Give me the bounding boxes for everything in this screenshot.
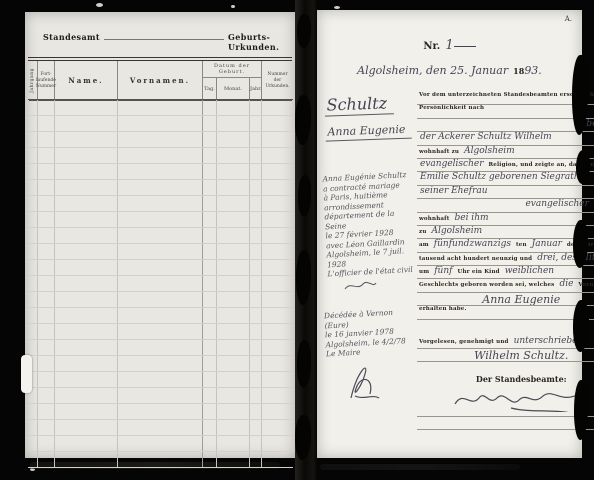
table-cell: [38, 260, 55, 275]
column-header-first-names: Vornamen.: [118, 61, 203, 99]
form-line: amfünfundzwanzigstenJanuardes Jahres: [417, 239, 594, 252]
table-cell: [262, 356, 293, 371]
table-cell: [55, 244, 118, 259]
form-printed-text: Vorgelesen, genehmigt und: [417, 339, 511, 345]
binding-shadow: [295, 415, 311, 460]
form-printed-text: am: [417, 242, 431, 248]
table-cell: [118, 340, 203, 355]
table-cell: [262, 388, 293, 403]
form-lines: Vor dem unterzeichneten Standesbeamten e…: [417, 92, 594, 320]
table-cell: [118, 324, 203, 339]
table-cell: [217, 100, 250, 115]
table-cell: [217, 356, 250, 371]
table-cell: [28, 324, 38, 339]
table-row: [28, 116, 293, 132]
form-handwritten-text: die: [556, 279, 576, 289]
table-cell: [217, 196, 250, 211]
form-handwritten-text: Anna Eugenie: [479, 293, 563, 306]
table-cell: [28, 404, 38, 419]
table-cell: [38, 196, 55, 211]
scan-artifact: [334, 6, 340, 9]
table-cell: [250, 164, 262, 179]
table-cell: [55, 436, 118, 451]
register-type-label: Geburts-Urkunden.: [228, 32, 287, 52]
table-row: [28, 324, 293, 340]
number-dash: [454, 46, 476, 47]
table-cell: [118, 276, 203, 291]
register-table-body: [28, 100, 293, 468]
table-cell: [217, 276, 250, 291]
table-cell: [28, 452, 38, 467]
table-cell: [262, 228, 293, 243]
form-handwritten-text: Algolsheim: [461, 146, 518, 156]
table-cell: [55, 324, 118, 339]
table-cell: [250, 196, 262, 211]
table-cell: [217, 324, 250, 339]
table-row: [28, 452, 293, 468]
table-cell: [250, 292, 262, 307]
form-printed-text: zu: [417, 229, 429, 235]
table-cell: [28, 164, 38, 179]
table-cell: [217, 116, 250, 131]
table-cell: [217, 436, 250, 451]
table-cell: [55, 180, 118, 195]
table-cell: [118, 244, 203, 259]
standesamt-label: Standesamt: [43, 32, 100, 42]
table-cell: [118, 436, 203, 451]
table-cell: [28, 228, 38, 243]
table-row: [28, 340, 293, 356]
binding-shadow: [297, 340, 311, 388]
table-cell: [217, 148, 250, 163]
registrar-label: Der Standesbeamte:: [417, 374, 594, 384]
table-cell: [118, 452, 203, 467]
table-cell: [38, 388, 55, 403]
table-cell: [262, 148, 293, 163]
form-handwritten-text: bei ihm: [451, 213, 491, 223]
table-cell: [250, 132, 262, 147]
table-cell: [250, 308, 262, 323]
table-cell: [55, 116, 118, 131]
table-cell: [203, 340, 217, 355]
form-handwritten-text: Wilhelm Schultz.: [471, 349, 571, 362]
form-printed-text: ten: [514, 242, 529, 248]
table-cell: [38, 356, 55, 371]
table-cell: [55, 100, 118, 115]
table-cell: [38, 308, 55, 323]
table-cell: [262, 404, 293, 419]
column-header-month: Monat.: [217, 78, 250, 99]
torn-edge: [574, 380, 588, 440]
table-row: [28, 388, 293, 404]
table-cell: [203, 116, 217, 131]
table-cell: [262, 100, 293, 115]
form-printed-text: Vornamen: [576, 282, 594, 288]
table-cell: [217, 340, 250, 355]
binding-shadow: [296, 250, 311, 305]
table-cell: [55, 228, 118, 243]
column-header-name: Name.: [55, 61, 118, 99]
table-cell: [250, 356, 262, 371]
table-cell: [55, 308, 118, 323]
table-cell: [55, 260, 118, 275]
form-line: evangelischerReligion,: [417, 199, 594, 212]
table-cell: [262, 308, 293, 323]
binding-shadow: [297, 14, 311, 48]
table-cell: [118, 180, 203, 195]
table-cell: [203, 452, 217, 467]
table-cell: [28, 100, 38, 115]
form-printed-text: Uhr ein Kind: [455, 269, 501, 275]
page-corner-mark: A.: [565, 15, 572, 23]
table-cell: [203, 436, 217, 451]
table-cell: [38, 244, 55, 259]
blank-fill-line: [104, 32, 224, 40]
table-cell: [250, 148, 262, 163]
table-cell: [118, 404, 203, 419]
form-handwritten-text: fünfundzwanzigs: [431, 239, 514, 249]
table-cell: [38, 292, 55, 307]
form-printed-text: Vor dem unterzeichneten Standesbeamten e…: [417, 92, 594, 98]
table-cell: [203, 164, 217, 179]
table-row: [28, 260, 293, 276]
table-cell: [203, 356, 217, 371]
table-cell: [262, 292, 293, 307]
table-cell: [250, 372, 262, 387]
form-line: bekannt,: [417, 119, 594, 132]
table-cell: [118, 260, 203, 275]
record-number-line: Nr. 1: [317, 34, 582, 53]
table-cell: [203, 388, 217, 403]
left-page: Standesamt Geburts-Urkunden. Jahrgang Fo…: [25, 12, 297, 458]
table-cell: [203, 148, 217, 163]
table-cell: [38, 228, 55, 243]
form-line: Geschlechts geboren worden sei, welchesd…: [417, 279, 594, 292]
table-cell: [203, 276, 217, 291]
dateline-handwritten-year: 93.: [524, 64, 542, 77]
table-cell: [250, 452, 262, 467]
table-cell: [38, 340, 55, 355]
table-cell: [28, 196, 38, 211]
form-printed-text: erhalten habe.: [417, 306, 469, 312]
table-cell: [55, 196, 118, 211]
table-cell: [28, 308, 38, 323]
form-handwritten-text: evangelischer: [522, 199, 592, 209]
table-cell: [203, 260, 217, 275]
form-line: Vor dem unterzeichneten Standesbeamten e…: [417, 92, 594, 105]
nr-label: Nr.: [423, 41, 440, 52]
book-spine-gutter: [295, 0, 317, 480]
form-line: Vorgelesen, genehmigt undunterschrieben: [417, 336, 594, 349]
table-cell: [217, 132, 250, 147]
table-cell: [28, 340, 38, 355]
table-cell: [118, 420, 203, 435]
binding-shadow: [295, 95, 311, 145]
table-cell: [28, 420, 38, 435]
table-cell: [203, 244, 217, 259]
table-cell: [28, 260, 38, 275]
table-cell: [250, 340, 262, 355]
table-cell: [118, 212, 203, 227]
table-row: [28, 276, 293, 292]
form-line: wohnhaftbei ihm: [417, 213, 594, 226]
table-row: [28, 308, 293, 324]
table-cell: [203, 308, 217, 323]
table-cell: [38, 420, 55, 435]
registrar-signature: [417, 386, 594, 417]
table-cell: [55, 132, 118, 147]
form-handwritten-text: Januar: [529, 239, 565, 249]
officer-signature-flourish: [343, 279, 377, 293]
scan-artifact: [320, 464, 520, 470]
table-cell: [262, 212, 293, 227]
form-handwritten-text: weiblichen: [502, 266, 557, 276]
table-cell: [38, 372, 55, 387]
table-cell: [217, 452, 250, 467]
form-line: Persönlichkeit nach: [417, 105, 594, 118]
table-cell: [217, 404, 250, 419]
table-cell: [262, 452, 293, 467]
table-cell: [55, 388, 118, 403]
binding-shadow: [298, 175, 311, 217]
form-handwritten-text: Algolsheim: [429, 226, 486, 236]
table-cell: [250, 116, 262, 131]
table-cell: [262, 180, 293, 195]
table-cell: [250, 180, 262, 195]
form-handwritten-text: der Ackerer Schultz Wilhelm: [417, 132, 555, 142]
table-cell: [55, 372, 118, 387]
table-cell: [250, 324, 262, 339]
table-cell: [28, 180, 38, 195]
table-cell: [262, 324, 293, 339]
table-cell: [250, 276, 262, 291]
table-cell: [55, 212, 118, 227]
table-cell: [28, 276, 38, 291]
record-number-value: 1: [445, 38, 453, 53]
form-handwritten-text: evangelischer: [417, 159, 487, 169]
form-handwritten-text: seiner Ehefrau: [417, 186, 491, 196]
table-cell: [217, 420, 250, 435]
form-line: seiner Ehefrau: [417, 186, 594, 199]
table-cell: [217, 260, 250, 275]
table-cell: [250, 420, 262, 435]
table-cell: [262, 276, 293, 291]
place-date-line: Algolsheim, den 25. Januar 1893.: [317, 59, 582, 78]
table-cell: [262, 196, 293, 211]
table-cell: [203, 212, 217, 227]
mayor-signature-flourish: [343, 358, 383, 402]
margin-marriage-note: Anna Eugénie Schultza contracté mariageà…: [322, 170, 419, 279]
margin-firstnames: Anna Eugenie: [327, 123, 405, 139]
table-cell: [217, 308, 250, 323]
table-cell: [28, 292, 38, 307]
table-cell: [118, 100, 203, 115]
table-row: [28, 196, 293, 212]
table-cell: [55, 452, 118, 467]
table-row: [28, 436, 293, 452]
column-header-day: Tag.: [203, 78, 217, 99]
table-row: [28, 356, 293, 372]
table-row: [28, 420, 293, 436]
column-header-birthdate-group: Datum der Geburt. Tag. Monat. Jahr.: [203, 61, 262, 99]
table-cell: [28, 132, 38, 147]
table-cell: [28, 212, 38, 227]
table-row: [28, 100, 293, 116]
table-cell: [38, 148, 55, 163]
table-cell: [250, 228, 262, 243]
margin-surname: Schultz: [326, 93, 387, 114]
table-cell: [203, 196, 217, 211]
table-cell: [217, 244, 250, 259]
table-cell: [217, 388, 250, 403]
table-cell: [55, 404, 118, 419]
form-handwritten-text: fünf: [431, 266, 455, 276]
table-cell: [55, 164, 118, 179]
table-cell: [118, 228, 203, 243]
table-cell: [217, 180, 250, 195]
table-cell: [118, 292, 203, 307]
table-cell: [118, 148, 203, 163]
form-line: Anna Eugenie: [417, 293, 594, 306]
table-cell: [55, 420, 118, 435]
table-cell: [118, 356, 203, 371]
table-cell: [217, 212, 250, 227]
table-cell: [38, 180, 55, 195]
form-printed-text: wohnhaft zu: [417, 149, 461, 155]
form-printed-text: Geschlechts geboren worden sei, welches: [417, 282, 556, 288]
left-page-header: Standesamt Geburts-Urkunden.: [43, 32, 287, 52]
table-cell: [262, 436, 293, 451]
table-cell: [217, 164, 250, 179]
table-cell: [118, 164, 203, 179]
table-cell: [118, 116, 203, 131]
dateline-printed-year: 18: [513, 66, 524, 76]
table-cell: [203, 132, 217, 147]
table-row: [28, 228, 293, 244]
form-line: Wilhelm Schultz.: [417, 349, 594, 362]
column-header-running-number: Fort- laufende Nummer: [38, 61, 55, 99]
table-cell: [217, 292, 250, 307]
table-cell: [203, 324, 217, 339]
column-header-certificate-number: Nummer der Urkunden.: [262, 61, 293, 99]
table-row: [28, 148, 293, 164]
scanned-register-spread: Standesamt Geburts-Urkunden. Jahrgang Fo…: [0, 0, 594, 480]
margin-annotations: Schultz Anna Eugenie Anna Eugénie Schult…: [317, 92, 417, 430]
table-cell: [118, 372, 203, 387]
table-cell: [38, 404, 55, 419]
table-cell: [250, 436, 262, 451]
table-cell: [118, 308, 203, 323]
table-cell: [262, 244, 293, 259]
table-cell: [203, 372, 217, 387]
table-cell: [203, 180, 217, 195]
table-cell: [38, 276, 55, 291]
table-header-row: Jahrgang Fort- laufende Nummer Name. Vor…: [28, 61, 293, 100]
form-printed-text: tausend acht hundert neunzig und: [417, 256, 534, 262]
table-cell: [28, 116, 38, 131]
table-cell: [262, 116, 293, 131]
table-cell: [38, 100, 55, 115]
table-cell: [262, 164, 293, 179]
table-cell: [55, 356, 118, 371]
table-row: [28, 292, 293, 308]
table-cell: [250, 260, 262, 275]
margin-name-block: Schultz Anna Eugenie: [324, 92, 418, 141]
table-row: [28, 180, 293, 196]
table-cell: [262, 340, 293, 355]
blank-rule: [417, 419, 594, 430]
table-cell: [38, 164, 55, 179]
table-cell: [38, 132, 55, 147]
table-cell: [262, 132, 293, 147]
table-cell: [203, 404, 217, 419]
table-cell: [55, 292, 118, 307]
form-line: Emilie Schultz geborenen Siegrath,: [417, 172, 594, 185]
form-line: der Ackerer Schultz Wilhelm: [417, 132, 594, 145]
form-line: evangelischerReligion, und zeigte an, da…: [417, 159, 594, 172]
table-cell: [38, 436, 55, 451]
table-cell: [262, 260, 293, 275]
table-cell: [250, 404, 262, 419]
table-cell: [38, 324, 55, 339]
table-row: [28, 164, 293, 180]
closing-lines: Vorgelesen, genehmigt undunterschriebenW…: [417, 336, 594, 363]
form-line: erhalten habe.: [417, 306, 594, 319]
table-row: [28, 372, 293, 388]
table-cell: [203, 228, 217, 243]
table-row: [28, 132, 293, 148]
table-row: [28, 244, 293, 260]
table-cell: [250, 388, 262, 403]
table-cell: [203, 420, 217, 435]
scan-artifact: [231, 5, 235, 8]
table-cell: [28, 148, 38, 163]
table-cell: [38, 212, 55, 227]
table-cell: [250, 100, 262, 115]
form-handwritten-text: Emilie Schultz geborenen Siegrath,: [417, 172, 586, 182]
right-page: A. Nr. 1 Algolsheim, den 25. Januar 1893…: [317, 10, 582, 458]
table-cell: [262, 372, 293, 387]
table-row: [28, 404, 293, 420]
form-printed-text: Persönlichkeit nach: [417, 105, 486, 111]
table-cell: [217, 228, 250, 243]
form-line: umfünfUhr ein Kindweiblichen: [417, 266, 594, 279]
table-cell: [262, 420, 293, 435]
birth-record-form: Vor dem unterzeichneten Standesbeamten e…: [417, 92, 594, 430]
column-header-year: Jahr.: [250, 78, 262, 99]
form-line: wohnhaft zuAlgolsheim: [417, 146, 594, 159]
table-cell: [55, 340, 118, 355]
table-cell: [55, 276, 118, 291]
form-line: zuAlgolsheim: [417, 226, 594, 239]
scan-artifact: [96, 3, 103, 7]
table-row: [28, 212, 293, 228]
form-line: tausend acht hundert neunzig unddrei, de…: [417, 253, 594, 266]
registrar-signature-flourish: [451, 386, 591, 412]
table-cell: [38, 116, 55, 131]
table-cell: [217, 372, 250, 387]
table-cell: [118, 388, 203, 403]
table-cell: [118, 132, 203, 147]
table-cell: [118, 196, 203, 211]
form-printed-text: wohnhaft: [417, 216, 451, 222]
table-cell: [38, 452, 55, 467]
margin-death-note: Décédée à Vernon (Eure)le 16 janvier 197…: [324, 306, 418, 358]
register-index-table: Jahrgang Fort- laufende Nummer Name. Vor…: [28, 61, 293, 468]
table-cell: [28, 244, 38, 259]
table-cell: [203, 292, 217, 307]
table-cell: [55, 148, 118, 163]
